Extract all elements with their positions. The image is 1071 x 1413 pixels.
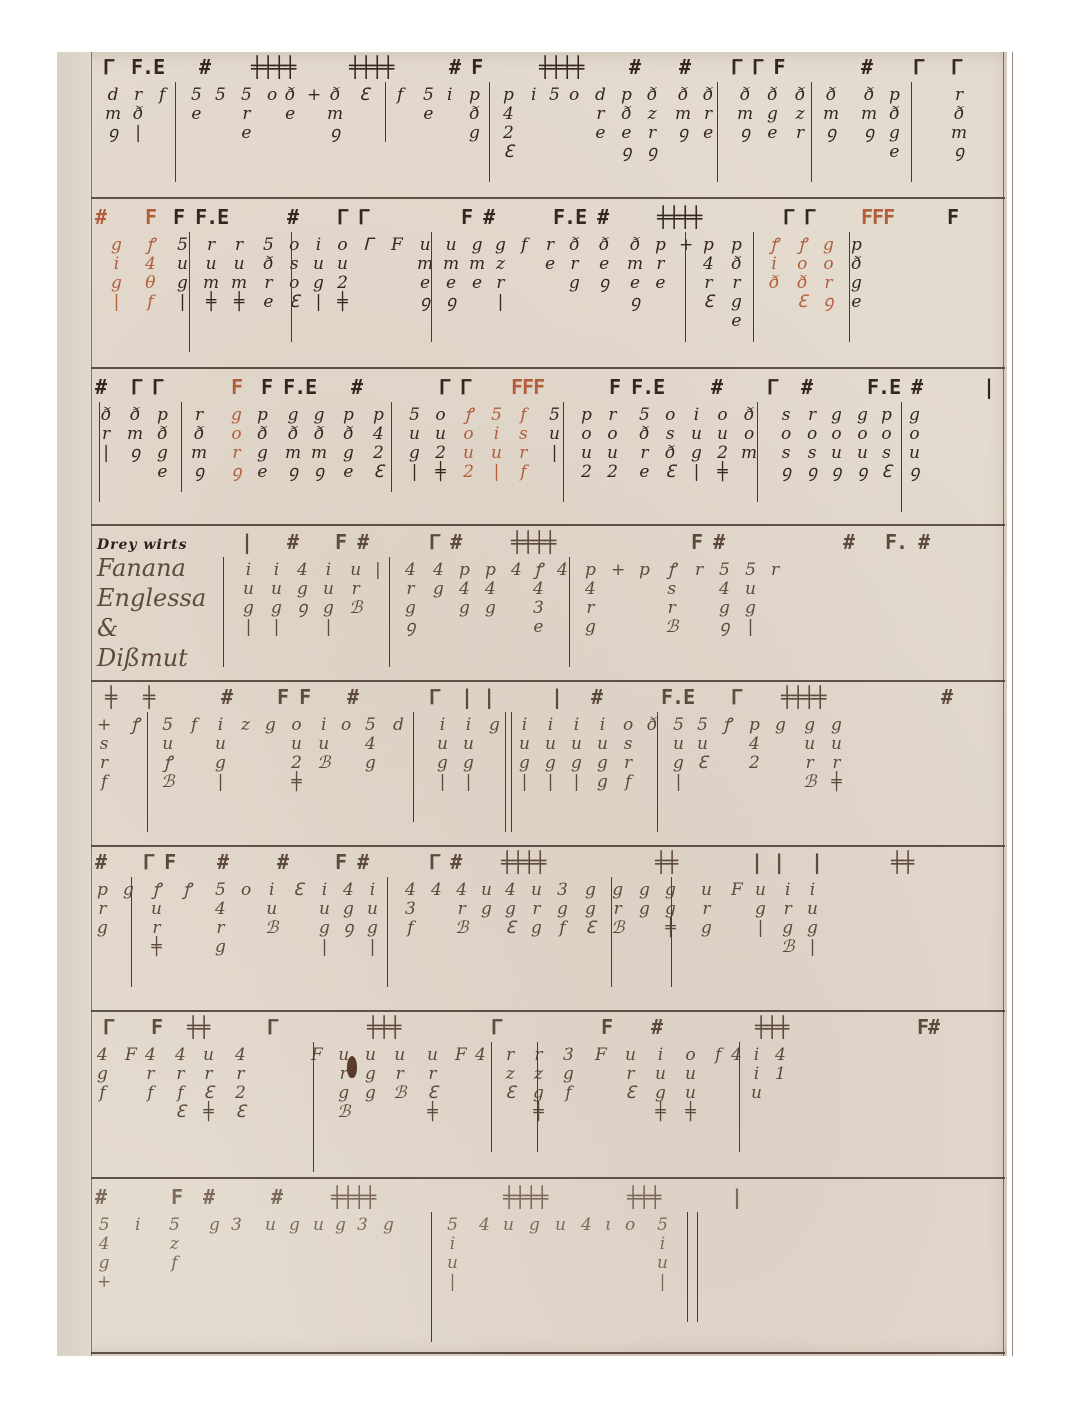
tablature-letter: o — [581, 425, 591, 444]
tablature-letter: g — [405, 599, 416, 618]
tablature-letter: ꝯ — [314, 463, 324, 482]
tablature-letter: ð — [621, 105, 631, 124]
rhythm-sign: F — [947, 204, 958, 230]
tablature-letter: F — [731, 881, 743, 900]
tablature-chord: 4 — [557, 561, 568, 580]
tablature-letter: e — [731, 312, 741, 331]
tablature-letter: 4 — [365, 735, 376, 754]
barline — [537, 1042, 538, 1152]
tablature-chord: iuℬ — [317, 716, 330, 773]
tablature-letter: z — [534, 1065, 543, 1084]
tablature-letter: i — [218, 716, 223, 735]
tablature-letter: 3 — [533, 599, 544, 618]
tablature-letter: r — [704, 274, 712, 293]
tablature-letter: p — [469, 86, 480, 105]
tablature-letter: 5 — [215, 881, 226, 900]
title-line-1: Fanana — [97, 553, 237, 583]
rhythm-sign: ᒥ ᒥ F — [731, 54, 784, 80]
tablature-letter: u — [655, 1065, 666, 1084]
tablature-letter: ð — [678, 86, 688, 105]
tablature-letter: e — [257, 463, 267, 482]
tablature-chord: 5iu| — [447, 1216, 458, 1292]
tablature-letter: r — [668, 599, 676, 618]
tablature-chord: 5re — [241, 86, 252, 143]
tablature-chord: ꝭur╪ — [151, 881, 162, 957]
tablature-letter: g — [338, 1084, 349, 1103]
tablature-chord: 5uℇ — [697, 716, 708, 773]
tablature-letter: i — [269, 881, 274, 900]
barline — [189, 232, 190, 352]
rhythm-sign: | — [241, 529, 252, 555]
tablature-letter: 4 — [749, 735, 760, 754]
tablature-letter: ╪ — [151, 938, 161, 957]
tablature-letter: u — [673, 735, 684, 754]
tablature-system: ╪╪#F F#ᒥ| ||#F.Eᒥ╪╪╪╪#+srfꝭ5uꝭℬfiug|zgou… — [91, 682, 1003, 842]
tablature-letter: u — [215, 735, 226, 754]
tablature-letter: ꝯ — [194, 463, 204, 482]
tablature-chord: ðmeꝯ — [627, 236, 643, 312]
tablature-letter: f — [101, 773, 107, 792]
staff-rule — [91, 367, 1005, 369]
tablature-chord: i — [447, 86, 452, 105]
tablature-letter: o — [607, 425, 617, 444]
tablature-letter: u — [657, 1254, 668, 1273]
ink-blot — [347, 1056, 357, 1078]
tablature-letter: g — [505, 900, 516, 919]
rhythm-sign: ᒥ ᒥ — [131, 374, 162, 400]
tablature-letter: ꝯ — [831, 463, 841, 482]
rhythm-sign: ╪╪╪╪ — [511, 529, 555, 555]
tablature-chord: ꝭsrℬ — [665, 561, 678, 637]
tablature-letter: ð — [257, 425, 267, 444]
tablature-letter: ᒥ — [363, 236, 372, 255]
tablature-letter: ð — [647, 716, 657, 735]
tablature-letter: g — [463, 754, 474, 773]
rhythm-sign: F F.E — [261, 374, 316, 400]
tablature-letter: F — [125, 1046, 137, 1065]
tablature-chord: p42 — [749, 716, 760, 773]
tablature-letter: g — [831, 406, 842, 425]
tablature-letter: r — [586, 599, 594, 618]
tablature-letter: d — [108, 86, 119, 105]
barline — [717, 82, 718, 182]
tablature-letter: | — [370, 938, 376, 957]
tablature-letter: u — [420, 236, 431, 255]
tablature-letter: ꝯ — [909, 463, 919, 482]
tablature-letter: g — [909, 406, 920, 425]
rhythm-sign: ᒥ # — [429, 849, 461, 875]
tablature-letter: g — [297, 580, 308, 599]
tablature-chord: iuℬ — [265, 881, 278, 938]
tablature-letter: o — [823, 255, 833, 274]
tablature-letter: f — [99, 1084, 105, 1103]
tablature-chord: 4rfℇ — [175, 1046, 186, 1122]
tablature-letter: g — [343, 900, 354, 919]
tablature-chord: g — [383, 1216, 394, 1235]
tablature-letter: | — [810, 938, 816, 957]
tablature-letter: ꝯ — [740, 124, 750, 143]
rhythm-sign: ╪╪ — [187, 1014, 209, 1040]
tablature-chord: pðge — [889, 86, 900, 162]
tablature-letter: p — [889, 86, 900, 105]
tablature-chord: 41 — [775, 1046, 786, 1084]
tablature-chord: ꝭ4θf — [145, 236, 156, 312]
tablature-chord: pðg — [469, 86, 480, 143]
tablature-letter: g — [289, 1216, 300, 1235]
tablature-chord: rou2 — [607, 406, 618, 482]
tablature-letter: f — [521, 236, 527, 255]
tablature-letter: g — [557, 900, 568, 919]
tablature-letter: ð — [630, 236, 640, 255]
tablature-letter: u — [804, 735, 815, 754]
tablature-letter: u — [203, 1046, 214, 1065]
tablature-letter: g — [481, 900, 492, 919]
tablature-letter: o — [569, 86, 579, 105]
tablature-letter: ℬ — [665, 618, 678, 637]
tablature-letter: ð — [639, 425, 649, 444]
tablature-letter: r — [532, 900, 540, 919]
tablature-chord: ðmꝯ — [675, 86, 691, 143]
tablature-letter: p — [257, 406, 268, 425]
tablature-chord: ou2╪ — [717, 406, 728, 482]
rhythm-sign: # — [351, 374, 362, 400]
tablature-chord: 4 — [581, 1216, 592, 1235]
tablature-letter: u — [831, 444, 842, 463]
tablature-letter: e — [241, 124, 251, 143]
tablature-letter: g — [319, 919, 330, 938]
tablature-letter: r — [955, 86, 963, 105]
tablature-letter: e — [420, 274, 430, 293]
tablature-letter: f — [191, 716, 197, 735]
tablature-letter: 2 — [291, 754, 302, 773]
tablature-letter: s — [519, 425, 528, 444]
tablature-chord: pre — [655, 236, 666, 293]
tablature-letter: g — [265, 716, 276, 735]
tablature-letter: o — [341, 716, 351, 735]
tablature-letter: u — [685, 1084, 696, 1103]
tablature-letter: r — [771, 561, 779, 580]
tablature-letter: e — [533, 618, 543, 637]
tablature-chord: dmꝯ — [105, 86, 121, 143]
tablature-letter: g — [433, 580, 444, 599]
tablature-letter: | — [676, 773, 682, 792]
tablature-letter: 5 — [409, 406, 420, 425]
tablature-letter: u — [701, 881, 712, 900]
tablature-chord: 5e — [191, 86, 202, 124]
tablature-chord: iug| — [807, 881, 818, 957]
tablature-chord: g — [335, 1216, 346, 1235]
tablature-letter: o — [881, 425, 891, 444]
tablature-letter: u — [831, 735, 842, 754]
tablature-chord: 5 — [549, 86, 560, 105]
tablature-letter: i — [810, 881, 815, 900]
tablature-chord: p42ℇ — [373, 406, 384, 482]
tablature-letter: g — [519, 754, 530, 773]
rhythm-sign: # F — [449, 54, 482, 80]
tablature-letter: ℬ — [393, 1084, 406, 1103]
tablature-letter: 5 — [263, 236, 274, 255]
tablature-chord: F — [595, 1046, 607, 1065]
title-line-0: Drey wirts — [97, 537, 237, 553]
tablature-chord: ᒥ — [363, 236, 372, 255]
tablature-letter: e — [343, 463, 353, 482]
tablature-letter: u — [807, 900, 818, 919]
tablature-letter: ╪ — [717, 463, 727, 482]
tablature-letter: i — [322, 881, 327, 900]
tablature-letter: g — [111, 274, 122, 293]
rhythm-sign: F — [145, 204, 156, 230]
tablature-letter: r — [656, 255, 664, 274]
tablature-letter: ꝯ — [130, 444, 140, 463]
tablature-chord: 3 — [357, 1216, 368, 1235]
tablature-chord: 4r2ℇ — [235, 1046, 246, 1122]
tablature-letter: r — [534, 1046, 542, 1065]
tablature-letter: p — [343, 406, 354, 425]
tablature-letter: 4 — [533, 580, 544, 599]
tablature-chord: pðge — [851, 236, 862, 312]
tablature-letter: i — [274, 561, 279, 580]
tablature-letter: | — [758, 919, 764, 938]
rhythm-sign: F F — [277, 684, 310, 710]
tablature-chord: pðge — [157, 406, 168, 482]
tablature-chord: gðmꝯ — [285, 406, 301, 482]
tablature-letter: 5 — [169, 1216, 180, 1235]
tablature-letter: o — [267, 86, 277, 105]
barline — [671, 877, 672, 987]
tablature-letter: f — [171, 1254, 177, 1273]
rhythm-sign: # — [95, 1184, 106, 1210]
rhythm-sign: ᒥ — [913, 54, 923, 80]
tablature-chord: gurℬ — [803, 716, 816, 792]
tablature-letter: 4 — [475, 1046, 486, 1065]
rhythm-sign: F # — [335, 529, 368, 555]
tablature-letter: | — [218, 773, 224, 792]
tablature-letter: ð — [954, 105, 964, 124]
tablature-system: #FF F.E#ᒥ ᒥF #F.E #╪╪╪╪ᒥ ᒥFFFFgig|ꝭ4θf5u… — [91, 202, 1003, 362]
tablature-letter: g — [111, 236, 122, 255]
tablature-letter: u — [503, 1216, 514, 1235]
rhythm-sign: F.E # — [867, 374, 922, 400]
rhythm-sign: ᒥ ᒥ — [337, 204, 368, 230]
tablature-letter: i — [600, 716, 605, 735]
tablature-letter: ꝯ — [621, 143, 631, 162]
tablature-letter: u — [337, 255, 348, 274]
barline — [99, 402, 100, 502]
tablature-letter: e — [621, 124, 631, 143]
tablature-letter: u — [597, 735, 608, 754]
tablature-letter: m — [737, 105, 753, 124]
rhythm-sign: F. # — [885, 529, 929, 555]
tablature-chord: p — [639, 561, 650, 580]
tablature-letter: i — [494, 425, 499, 444]
tablature-chord: f — [715, 1046, 721, 1065]
tablature-letter: u — [313, 1216, 324, 1235]
tablature-letter: u — [697, 735, 708, 754]
tablature-letter: r — [100, 754, 108, 773]
tablature-chord: 4 — [431, 881, 442, 900]
tablature-letter: ð — [864, 86, 874, 105]
tablature-letter: e — [285, 105, 295, 124]
barline — [291, 232, 292, 342]
tablature-letter: e — [703, 124, 713, 143]
tablature-letter: ℇ — [703, 293, 713, 312]
tablature-chord: urℇ╪ — [203, 1046, 214, 1122]
barline — [385, 82, 386, 142]
tablature-chord: rzg╪ — [533, 1046, 544, 1122]
tablature-letter: 2 — [749, 754, 760, 773]
tablature-letter: r — [204, 1065, 212, 1084]
rhythm-sign: ᒥ — [429, 684, 439, 710]
tablature-letter: | — [135, 124, 141, 143]
rhythm-sign: # — [591, 684, 602, 710]
tablature-letter: 4 — [405, 881, 416, 900]
tablature-letter: r — [608, 406, 616, 425]
tablature-letter: 5 — [491, 406, 502, 425]
tablature-chord: osrf — [623, 716, 633, 792]
rhythm-sign: F — [601, 1014, 612, 1040]
tablature-letter: 2 — [717, 444, 728, 463]
tablature-chord: g — [529, 1216, 540, 1235]
manuscript-page: ᒥF.E#╪╪╪╪╪╪╪╪# F╪╪╪╪##ᒥ ᒥ F#ᒥᒥdmꝯrð|f5e5… — [57, 52, 1007, 1356]
tablature-chord: rzℇ — [505, 1046, 515, 1103]
tablature-chord: + — [679, 236, 693, 255]
tablature-letter: + — [307, 86, 321, 105]
tablature-letter: u — [177, 255, 188, 274]
tablature-letter: F — [455, 1046, 467, 1065]
tablature-letter: | — [246, 618, 252, 637]
tablature-letter: 2 — [435, 444, 446, 463]
tablature-chord: p4rℇ — [703, 236, 714, 312]
tablature-chord: urℬ — [349, 561, 362, 618]
tablature-letter: 5 — [423, 86, 434, 105]
tablature-letter: ℇ — [505, 919, 515, 938]
rhythm-sign: F.E — [661, 684, 694, 710]
tablature-letter: ℬ — [337, 1103, 350, 1122]
tablature-letter: e — [545, 255, 555, 274]
barline — [911, 82, 912, 182]
tablature-letter: p — [749, 716, 760, 735]
tablature-letter: m — [127, 425, 143, 444]
tablature-letter: 5 — [191, 86, 202, 105]
tablature-letter: | — [522, 773, 528, 792]
tablature-letter: | — [694, 463, 700, 482]
tablature-letter: s — [782, 444, 791, 463]
tablature-letter: o — [717, 406, 727, 425]
tablature-letter: m — [675, 105, 691, 124]
rhythm-sign: | | — [751, 849, 784, 875]
tablature-chord: r — [695, 561, 703, 580]
tablature-letter: ℇ — [505, 1084, 515, 1103]
tablature-letter: ꝯ — [954, 143, 964, 162]
tablature-letter: ꝯ — [420, 293, 430, 312]
tablature-chord: pðeꝯ — [621, 86, 632, 162]
tablature-chord: gig| — [111, 236, 122, 312]
tablature-letter: p — [851, 236, 862, 255]
tablature-letter: u — [549, 425, 560, 444]
tablature-letter: i — [246, 561, 251, 580]
tablature-chord: ug| — [755, 881, 766, 938]
tablature-letter: 4 — [431, 881, 442, 900]
tablature-letter: e — [472, 274, 482, 293]
tablature-chord: 5uꝭℬ — [161, 716, 174, 792]
tablature-letter: ð — [263, 255, 273, 274]
rhythm-sign: F # — [335, 849, 368, 875]
tablature-letter: u — [571, 735, 582, 754]
tablature-letter: u — [265, 1216, 276, 1235]
tablature-letter: ð — [194, 425, 204, 444]
tablature-chord: ggℇ — [585, 881, 596, 938]
tablature-chord: pðrge — [731, 236, 742, 331]
tablature-letter: 4 — [719, 580, 730, 599]
tablature-letter: 4 — [145, 1046, 156, 1065]
tablature-letter: g — [545, 754, 556, 773]
tablature-chord: iiu — [751, 1046, 762, 1103]
tablature-chord: iug| — [313, 236, 324, 312]
tablature-letter: s — [666, 425, 675, 444]
tablature-letter: o — [857, 425, 867, 444]
tablature-letter: 2 — [463, 463, 474, 482]
rhythm-sign: # — [221, 684, 232, 710]
tablature-chord: gouꝯ — [857, 406, 868, 482]
tablature-letter: r — [624, 754, 632, 773]
staff-rule — [91, 1177, 1005, 1179]
tablature-letter: | — [412, 463, 418, 482]
tablature-letter: 4 — [99, 1235, 110, 1254]
tablature-letter: m — [203, 274, 219, 293]
tablature-letter: ð — [469, 105, 479, 124]
tablature-letter: r — [176, 1065, 184, 1084]
tablature-letter: f — [397, 86, 403, 105]
tablature-letter: g — [365, 1065, 376, 1084]
tablature-letter: F — [391, 236, 403, 255]
tablature-letter: ℇ — [697, 754, 707, 773]
tablature-letter: g — [563, 1065, 574, 1084]
tablature-letter: | — [180, 293, 186, 312]
tablature-chord: dre — [595, 86, 606, 143]
tablature-chord: 4gꝯ — [297, 561, 308, 618]
tablature-chord: osðℇ — [665, 406, 675, 482]
tablature-letter: g — [243, 599, 254, 618]
tablature-letter: 5 — [673, 716, 684, 735]
tablature-letter: g — [323, 599, 334, 618]
barline — [563, 402, 564, 502]
tablature-letter: ꝯ — [678, 124, 688, 143]
tablature-chord: + — [611, 561, 625, 580]
tablature-chord: g — [265, 716, 276, 735]
tablature-letter: u — [447, 1254, 458, 1273]
tablature-letter: g — [383, 1216, 394, 1235]
tablature-letter: 3 — [231, 1216, 242, 1235]
tablature-letter: z — [241, 716, 250, 735]
tablature-letter: m — [951, 124, 967, 143]
tablature-letter: | — [375, 561, 381, 580]
tablature-letter: e — [191, 105, 201, 124]
barline — [569, 557, 570, 667]
tablature-letter: p — [621, 86, 632, 105]
tablature-letter: g — [97, 1065, 108, 1084]
tablature-chord: posℇ — [881, 406, 892, 482]
tablature-chord: iug╪ — [655, 1046, 666, 1122]
tablature-letter: i — [522, 716, 527, 735]
tablature-letter: g — [767, 105, 778, 124]
tablature-letter: g — [639, 900, 650, 919]
barline — [391, 402, 392, 492]
tablature-chord: 3gf — [557, 881, 568, 938]
tablature-letter: ꝯ — [599, 274, 609, 293]
tablature-letter: i — [114, 255, 119, 274]
tablature-letter: p — [655, 236, 666, 255]
tablature-letter: g — [585, 881, 596, 900]
